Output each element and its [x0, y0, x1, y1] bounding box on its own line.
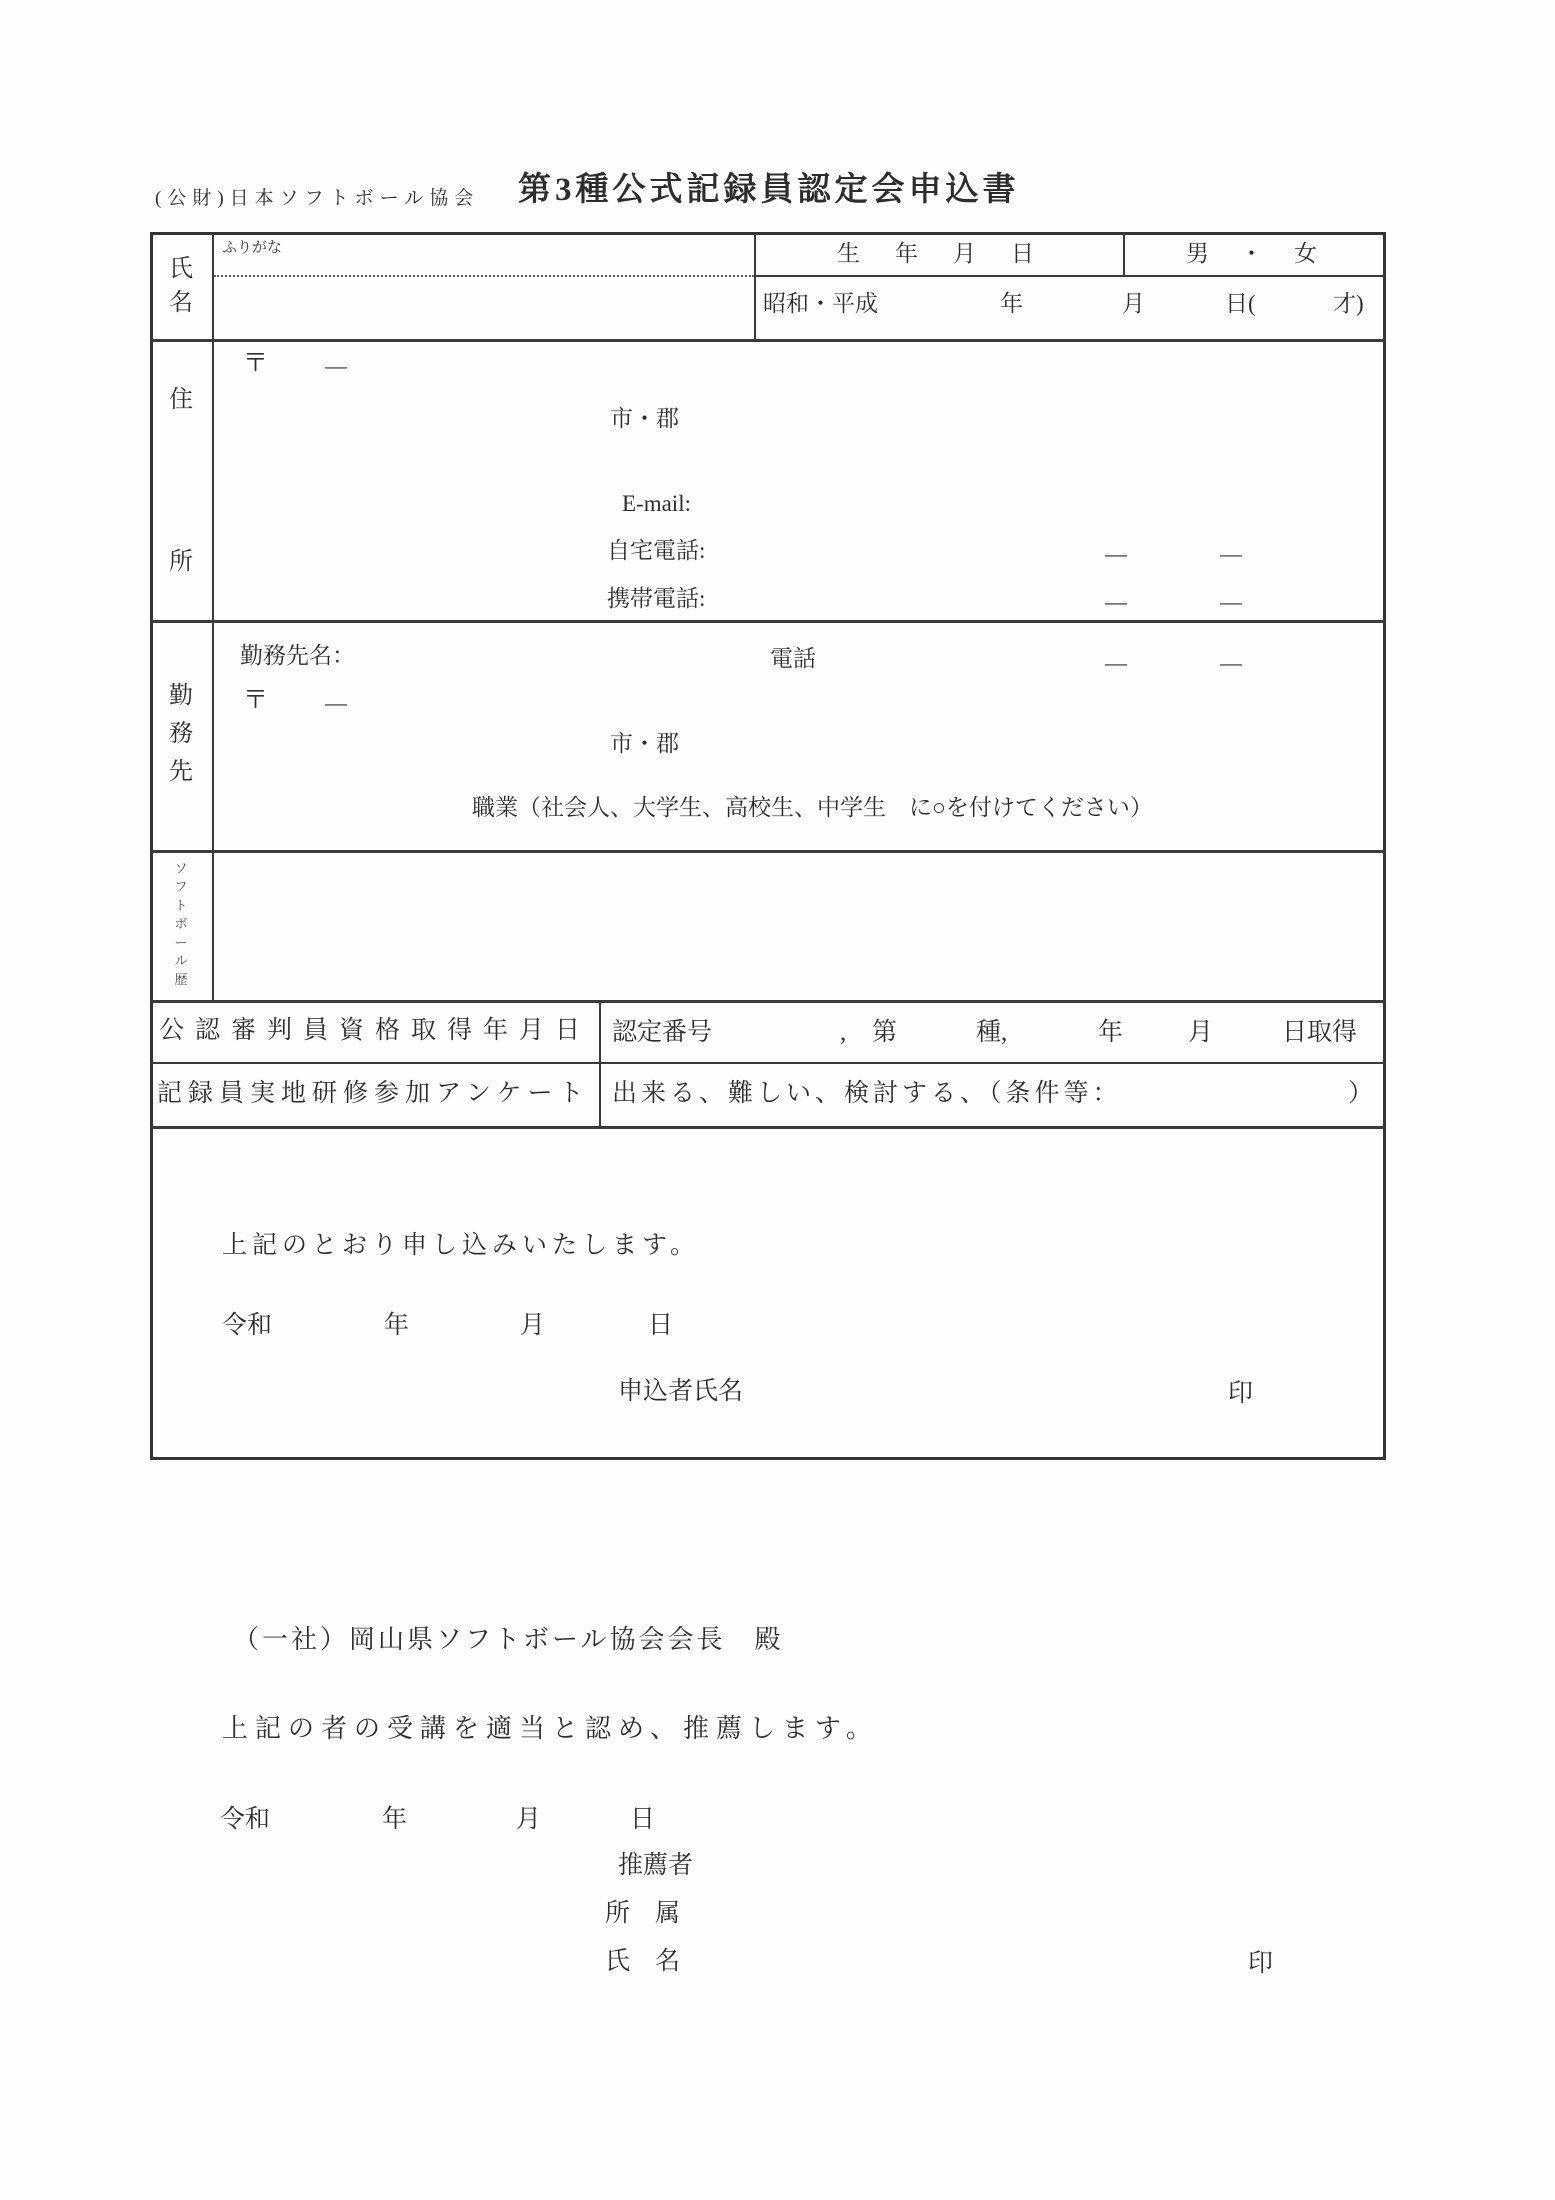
era-year-label: 年	[1000, 291, 1023, 317]
workplace-postal-dash: —	[325, 690, 347, 715]
recommender-seal-mark: 印	[1248, 1950, 1273, 1979]
workplace-label-char-2: 務	[169, 722, 193, 746]
gender-header: 男 ・ 女	[1123, 241, 1384, 267]
row2-bottom-line	[150, 620, 1386, 623]
era-label: 昭和・平成	[763, 291, 878, 317]
softball-history-label: ソフトボール歴	[172, 860, 190, 989]
home-phone-dash-1: —	[1105, 541, 1127, 566]
row6-bottom-line	[150, 1126, 1386, 1129]
workplace-phone-dash-1: —	[1105, 650, 1127, 675]
workplace-city-label: 市・郡	[610, 731, 679, 757]
workplace-label-char-3: 先	[169, 760, 193, 784]
workplace-phone-label: 電話	[770, 646, 816, 672]
declaration-month: 月	[520, 1312, 545, 1341]
declaration-day: 日	[648, 1312, 673, 1341]
recommender-label: 推薦者	[618, 1852, 693, 1881]
home-phone-label: 自宅電話:	[607, 538, 705, 564]
workplace-label-char-1: 勤	[169, 684, 193, 708]
address-city-label: 市・郡	[610, 406, 679, 432]
mobile-phone-dash-1: —	[1105, 589, 1127, 614]
recommendation-statement: 上記の者の受講を適当と認め、推薦します。	[222, 1714, 879, 1744]
survey-close-paren: ）	[1348, 1080, 1373, 1109]
address-postal-dash: —	[325, 353, 347, 378]
cert-class-prefix: 第	[872, 1019, 897, 1048]
row4-bottom-line	[150, 1000, 1386, 1003]
birthdate-header: 生 年 月 日	[754, 241, 1123, 267]
cert-comma: ,	[840, 1019, 846, 1048]
survey-options: 出来る、難しい、検討する、（条件等：	[612, 1080, 1122, 1109]
birthdate-header-underline	[754, 275, 1386, 277]
email-label: E-mail:	[622, 491, 691, 517]
workplace-label: 勤 務 先	[150, 622, 212, 850]
recommendation-year: 年	[382, 1806, 407, 1835]
workplace-postal-mark: 〒	[243, 687, 268, 716]
address-label-char-2: 所	[169, 550, 193, 574]
furigana-dotted-line	[214, 275, 754, 277]
era-day-label: 日(	[1225, 291, 1256, 317]
cert-year-label: 年	[1098, 1019, 1123, 1048]
name-label: 氏 名	[150, 232, 212, 340]
recommender-name-label: 氏 名	[605, 1948, 680, 1977]
occupation-line: 職業（社会人、大学生、高校生、中学生 に○を付けてください）	[472, 795, 1153, 821]
recommendation-addressee: （一社）岡山県ソフトボール協会会長 殿	[233, 1625, 783, 1655]
address-postal-mark: 〒	[243, 350, 268, 379]
recommendation-month: 月	[516, 1806, 541, 1835]
row3-bottom-line	[150, 850, 1386, 853]
name-label-char-1: 氏	[169, 257, 193, 281]
name-label-char-2: 名	[169, 291, 193, 315]
era-month-label: 月	[1122, 291, 1145, 317]
label-column-divider	[212, 232, 214, 1002]
application-form-page: (公財)日本ソフトボール協会 第3種公式記録員認定会申込書 氏 名 ふりがな 生…	[0, 0, 1555, 2200]
address-label: 住 所	[150, 340, 212, 622]
era-age-label: 才)	[1333, 291, 1364, 317]
affiliation-label: 所 属	[605, 1900, 680, 1929]
cert-class-suffix: 種,	[976, 1019, 1007, 1048]
applicant-seal-mark: 印	[1228, 1380, 1253, 1409]
survey-label: 記録員実地研修参加アンケート	[157, 1080, 590, 1109]
declaration-year: 年	[384, 1312, 409, 1341]
workplace-phone-dash-2: —	[1220, 650, 1242, 675]
furigana-label: ふりがな	[222, 240, 282, 257]
cert-acquired-label: 日取得	[1282, 1019, 1357, 1048]
mobile-phone-label: 携帯電話:	[607, 586, 705, 612]
recommendation-day: 日	[630, 1806, 655, 1835]
mobile-phone-dash-2: —	[1220, 589, 1242, 614]
umpire-survey-divider	[599, 1002, 601, 1126]
recommendation-era: 令和	[220, 1806, 270, 1835]
row1-bottom-line	[150, 339, 1386, 342]
home-phone-dash-2: —	[1220, 541, 1242, 566]
workplace-name-label: 勤務先名：	[240, 643, 355, 669]
address-label-char-1: 住	[169, 388, 193, 412]
row5-bottom-line	[150, 1062, 1386, 1064]
declaration-era: 令和	[222, 1312, 272, 1341]
cert-number-label: 認定番号	[612, 1019, 712, 1048]
umpire-qualification-label: 公認審判員資格取得年月日	[159, 1017, 591, 1046]
organization-name: (公財)日本ソフトボール協会	[155, 188, 479, 210]
declaration-statement: 上記のとおり申し込みいたします。	[222, 1232, 700, 1261]
applicant-name-label: 申込者氏名	[618, 1378, 743, 1407]
cert-month-label: 月	[1188, 1019, 1213, 1048]
form-table-frame	[150, 232, 1386, 1460]
form-title: 第3種公式記録員認定会申込書	[518, 172, 1020, 210]
